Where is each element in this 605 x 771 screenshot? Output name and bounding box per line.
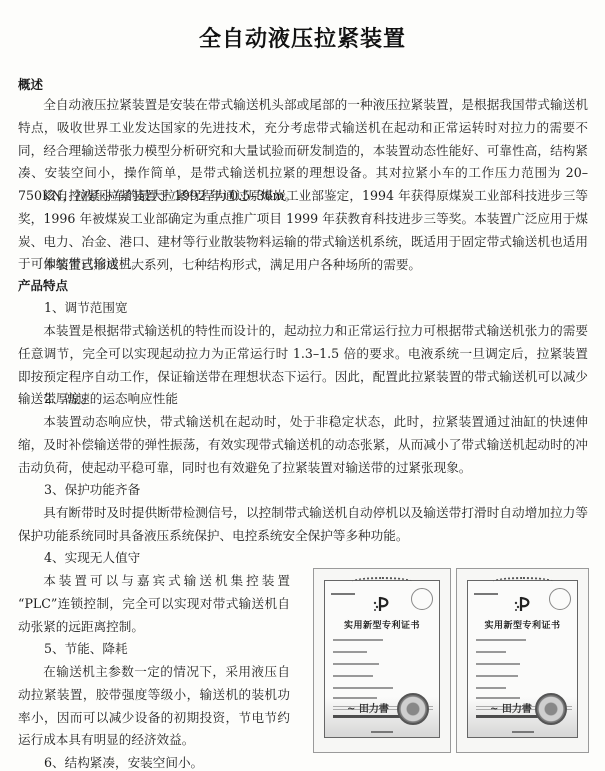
stamp-icon: [549, 588, 571, 610]
feature-title-2: 2、高速的运态响应性能: [44, 388, 178, 411]
official-seal-icon: [397, 693, 429, 725]
patent-logo-icon: [372, 595, 392, 613]
cert-footer: [512, 731, 534, 733]
cert-text-line: [476, 651, 506, 653]
feature-text-3: 具有断带时及时提供断带检测信号，以控制带式输送机自动停机以及输送带打滑时自动增加…: [18, 502, 588, 548]
certificate-frame: 实用新型专利证书 ~ 田力書: [324, 580, 440, 738]
feature-text-2: 本装置动态响应快，带式输送机在起动时，处于非稳定状态，此时，拉紧装置通过油缸的快…: [18, 411, 588, 479]
patent-logo-icon: [513, 595, 533, 613]
patent-certificate-image-1: 实用新型专利证书 ~ 田力書: [313, 568, 451, 753]
certificate-title: 实用新型专利证书: [325, 618, 439, 631]
signature: ~ 田力書: [347, 700, 389, 715]
cert-text-line: [333, 675, 373, 677]
cert-text-line: [333, 663, 379, 665]
feature-text-4: 本装置可以与嘉宾式输送机集控装置 “PLC”连锁控制，完全可以实现对带式输送机自…: [18, 570, 290, 638]
feature-title-1: 1、调节范围宽: [44, 297, 128, 320]
page-title: 全自动液压拉紧装置: [0, 22, 605, 53]
stamp-icon: [411, 588, 433, 610]
certificate-number: [331, 593, 355, 595]
certificate-number: [474, 593, 498, 595]
ornament-icon: [493, 577, 553, 586]
cert-text-line: [476, 639, 526, 641]
section-heading-features: 产品特点: [18, 276, 68, 294]
cert-text-line: [333, 687, 393, 689]
section-heading-overview: 概述: [18, 75, 43, 93]
feature-text-5: 在输送机主参数一定的情况下，采用液压自动拉紧装置，胶带强度等级小，输送机的装机功…: [18, 661, 290, 752]
feature-title-5: 5、节能、降耗: [44, 638, 128, 661]
patent-certificate-image-2: 实用新型专利证书 ~ 田力書: [456, 568, 589, 753]
cert-footer: [371, 731, 393, 733]
feature-title-3: 3、保护功能齐备: [44, 479, 140, 502]
overview-paragraph-3: 本装置已形成三大系列，七种结构形式，满足用户各种场所的需要。: [18, 254, 588, 277]
certificate-frame: 实用新型专利证书 ~ 田力書: [467, 580, 578, 738]
signature: ~ 田力書: [490, 700, 532, 715]
cert-text-line: [476, 687, 506, 689]
cert-text-line: [476, 663, 520, 665]
official-seal-icon: [535, 693, 567, 725]
cert-text-line: [476, 675, 518, 677]
ornament-icon: [352, 577, 412, 586]
cert-text-line: [333, 651, 367, 653]
cert-text-line: [333, 639, 383, 641]
document-page: 全自动液压拉紧装置 概述 全自动液压拉紧装置是安装在带式输送机头部或尾部的一种液…: [0, 0, 605, 771]
feature-title-4: 4、实现无人值守: [44, 547, 140, 570]
feature-title-6: 6、结构紧凑，安装空间小。: [44, 752, 203, 771]
certificate-title: 实用新型专利证书: [468, 618, 577, 631]
